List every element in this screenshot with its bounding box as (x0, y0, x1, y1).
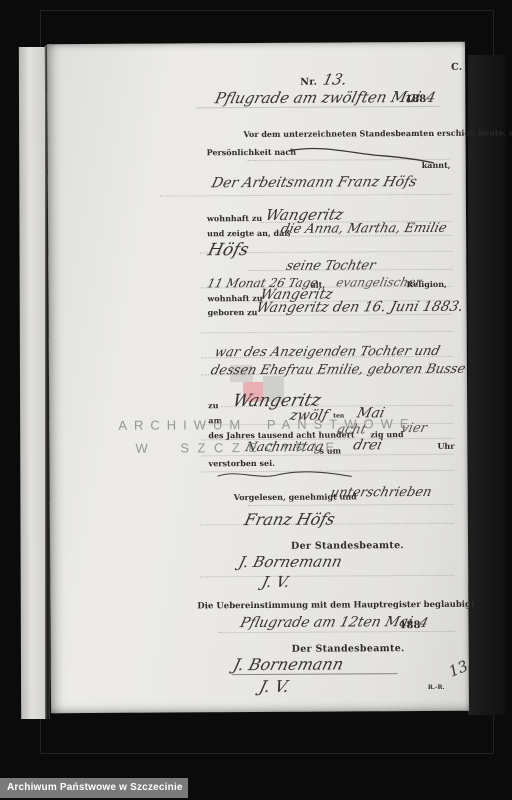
film-right-band (468, 55, 506, 715)
rule-line (160, 194, 452, 197)
date-year-printed: 188 (405, 94, 426, 105)
parent-line-2: dessen Ehefrau Emilie, geboren Busse (209, 362, 467, 379)
rule-line (201, 331, 453, 334)
registrar-signature: J. Bornemann (237, 552, 344, 571)
facing-page-edge (19, 47, 47, 719)
religion-label: Religion, (406, 279, 446, 289)
microfilm-scan-view: { "colors": { "page_background": "#e9e8e… (0, 0, 512, 800)
birth-label: geboren zu (208, 307, 258, 317)
folio-number: 13 (446, 657, 471, 681)
notify-label: und zeigte an, daß (207, 228, 290, 239)
record-number-value: 13. (321, 70, 349, 88)
rule-line (219, 631, 455, 633)
birth-value: Wangeritz den 16. Juni 1883. (255, 299, 465, 316)
identity-label: Persönlichkeit nach (207, 147, 296, 158)
certify-date: Pflugrade am 12ten Mai (239, 614, 415, 631)
death-place-label: zu (208, 400, 218, 410)
rule-line (248, 504, 454, 506)
signature-underline (232, 673, 398, 675)
deceased-given-names: die Anna, Martha, Emilie (279, 221, 448, 237)
relation-line: seine Tochter (284, 258, 377, 274)
closing-handwritten: unterschrieben (329, 485, 433, 501)
death-time-unit: Uhr (437, 441, 454, 451)
death-time-value: drei (351, 437, 383, 453)
certify-year-hw: 4 (418, 616, 430, 631)
residence2-label: wohnhaft zu (207, 293, 262, 303)
series-corner-mark: C. (451, 62, 462, 73)
residence-label: wohnhaft zu (207, 213, 262, 223)
certify-line: Die Uebereinstimmung mit dem Hauptregist… (197, 600, 475, 612)
archive-watermark-line2: W SZCZECINIE (135, 439, 342, 455)
registrar-title: Der Standesbeamte. (291, 540, 404, 552)
intro-line: Vor dem unterzeichneten Standesbeamten e… (243, 127, 512, 139)
archive-caption-bar: Archiwum Państwowe w Szczecinie (0, 778, 188, 798)
record-number-label: Nr. (300, 77, 317, 88)
date-place-line: Pflugrade am zwölften Mai (213, 88, 423, 107)
declarant-signature: Franz Höfs (243, 510, 337, 530)
parent-line-1: war des Anzeigenden Tochter und (213, 344, 442, 360)
declarant-line: Der Arbeitsmann Franz Höfs (210, 174, 419, 191)
archive-watermark-line1: ARCHIWUM PAŃSTWOWE (118, 416, 415, 433)
corner-note: R.-R. (428, 684, 445, 691)
registrar-signature-2: J. Bornemann (231, 654, 345, 674)
pen-stroke (286, 143, 438, 168)
pen-flourish (216, 466, 356, 483)
registrar-initials-2: J. V. (258, 677, 292, 696)
registrar-initials: J. V. (260, 573, 292, 591)
identity-known-label: kannt, (422, 160, 451, 170)
deceased-surname: Höfs (206, 240, 251, 260)
date-year-handwritten: 4 (424, 90, 437, 106)
registry-document-page: C. Nr. 13. Pflugrade am zwölften Mai 188… (47, 42, 469, 714)
rule-line (200, 575, 454, 578)
registrar-title-2: Der Standesbeamte. (292, 643, 405, 655)
archive-caption-label: Archiwum Państwowe w Szczecinie (7, 782, 183, 793)
